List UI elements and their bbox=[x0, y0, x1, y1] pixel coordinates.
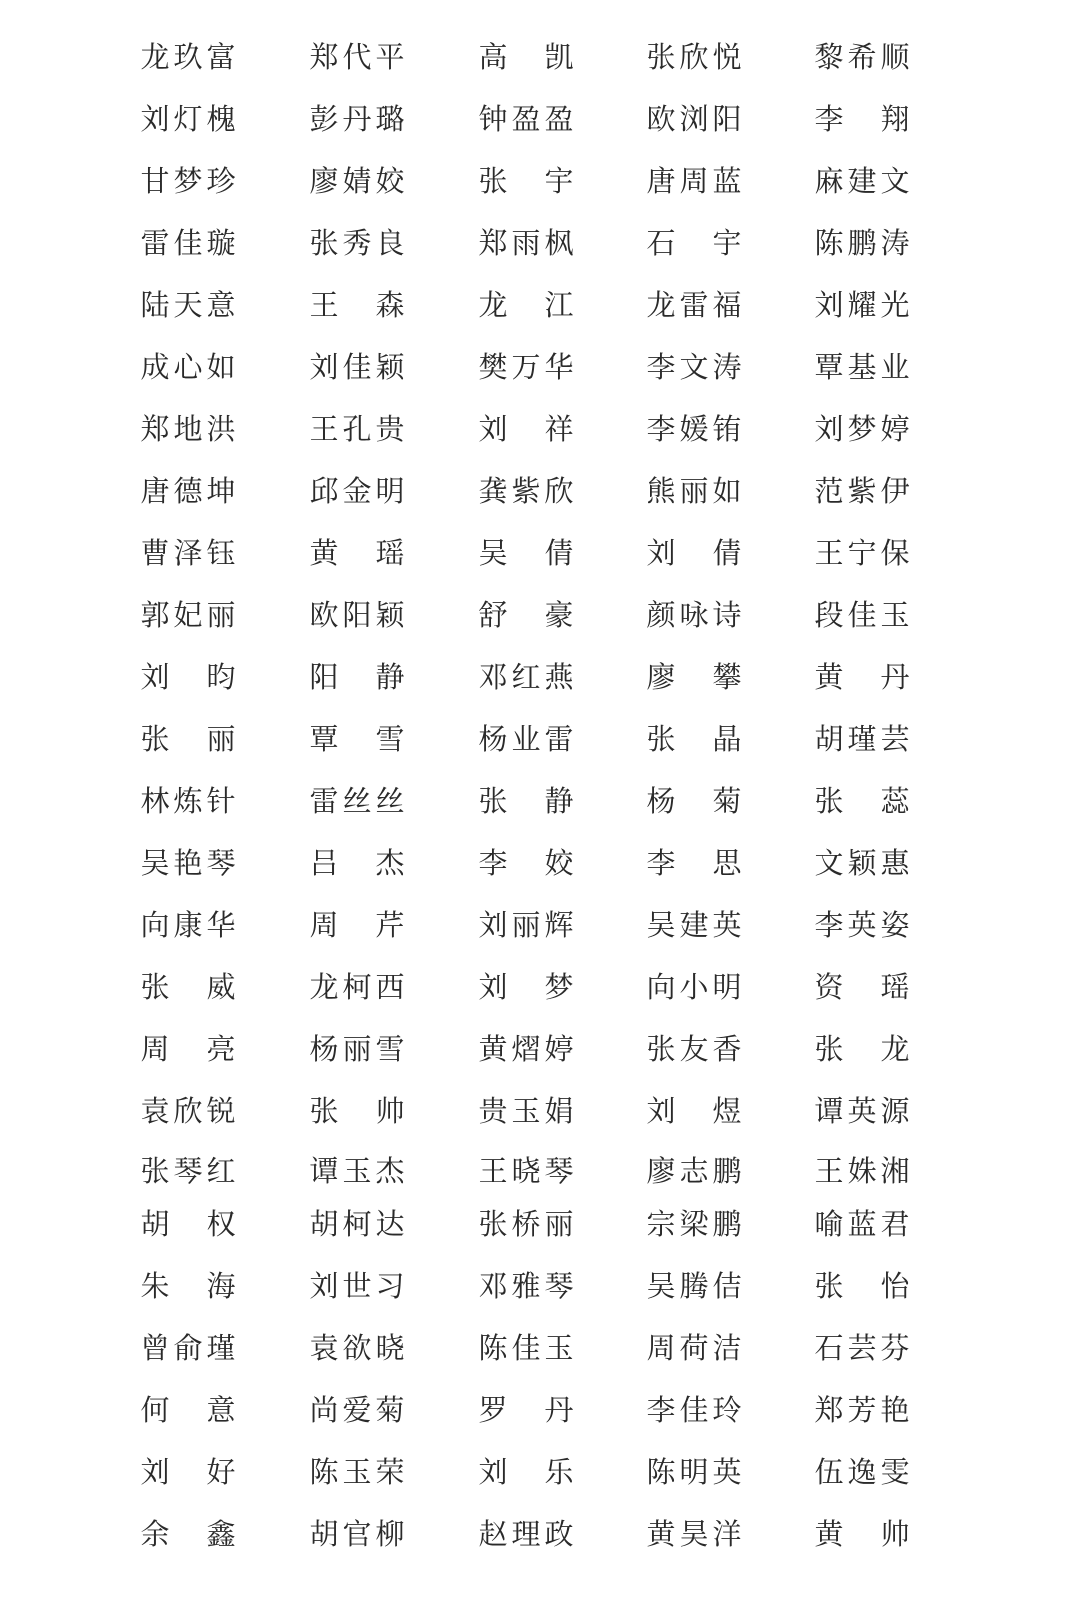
name-character: 铕 bbox=[712, 409, 742, 449]
name-character: 欲 bbox=[342, 1328, 372, 1368]
name-character: 王 bbox=[309, 409, 339, 449]
name-character: 灯 bbox=[173, 99, 203, 139]
name-entry: 陆天意 bbox=[140, 285, 236, 325]
name-entry: 张帅 bbox=[309, 1091, 405, 1131]
name-character: 帅 bbox=[375, 1091, 405, 1131]
name-character: 基 bbox=[847, 347, 877, 387]
name-character: 璇 bbox=[206, 223, 236, 263]
name-character: 明 bbox=[712, 967, 742, 1007]
name-character: 王 bbox=[814, 1151, 844, 1191]
name-character: 鑫 bbox=[206, 1514, 236, 1554]
name-character: 石 bbox=[646, 223, 676, 263]
name-character: 张 bbox=[140, 1151, 170, 1191]
name-entry: 廖婧姣 bbox=[309, 161, 405, 201]
name-character: 廖 bbox=[646, 657, 676, 697]
name-character: 胡 bbox=[814, 719, 844, 759]
name-character: 梦 bbox=[544, 967, 574, 1007]
name-character: 玉 bbox=[544, 1328, 574, 1368]
name-entry: 陈玉荣 bbox=[309, 1452, 405, 1492]
name-character: 张 bbox=[140, 967, 170, 1007]
name-character: 静 bbox=[375, 657, 405, 697]
name-character: 鹏 bbox=[847, 223, 877, 263]
name-entry: 王晓琴 bbox=[478, 1151, 574, 1191]
name-character: 张 bbox=[478, 781, 508, 821]
name-character: 希 bbox=[847, 37, 877, 77]
name-entry: 覃雪 bbox=[309, 719, 405, 759]
name-entry: 杨丽雪 bbox=[309, 1029, 405, 1069]
name-character: 王 bbox=[814, 533, 844, 573]
name-character: 欣 bbox=[679, 37, 709, 77]
name-character: 红 bbox=[511, 657, 541, 697]
name-entry: 李佳玲 bbox=[646, 1390, 742, 1430]
name-character: 梁 bbox=[679, 1204, 709, 1244]
name-character: 杨 bbox=[478, 719, 508, 759]
name-character: 明 bbox=[375, 471, 405, 511]
name-character: 雪 bbox=[375, 1029, 405, 1069]
name-entry: 伍逸雯 bbox=[814, 1452, 910, 1492]
name-entry: 熊丽如 bbox=[646, 471, 742, 511]
name-entry: 王森 bbox=[309, 285, 405, 325]
name-character: 贵 bbox=[478, 1091, 508, 1131]
name-character: 唐 bbox=[140, 471, 170, 511]
name-character: 玖 bbox=[173, 37, 203, 77]
name-character: 晓 bbox=[375, 1328, 405, 1368]
name-character: 洁 bbox=[712, 1328, 742, 1368]
name-character: 李 bbox=[646, 1390, 676, 1430]
name-character: 颖 bbox=[375, 347, 405, 387]
name-character: 朱 bbox=[140, 1266, 170, 1306]
name-character: 凯 bbox=[544, 37, 574, 77]
name-character: 丽 bbox=[679, 471, 709, 511]
name-character: 颖 bbox=[847, 843, 877, 883]
name-character: 辉 bbox=[544, 905, 574, 945]
name-character: 涛 bbox=[712, 347, 742, 387]
name-character: 梦 bbox=[847, 409, 877, 449]
name-character: 琴 bbox=[544, 1151, 574, 1191]
name-character: 樊 bbox=[478, 347, 508, 387]
name-character: 业 bbox=[880, 347, 910, 387]
name-character: 官 bbox=[342, 1514, 372, 1554]
name-character: 英 bbox=[712, 905, 742, 945]
name-character: 玉 bbox=[342, 1151, 372, 1191]
name-character: 锐 bbox=[206, 1091, 236, 1131]
name-character: 邓 bbox=[478, 657, 508, 697]
name-character: 柯 bbox=[342, 1204, 372, 1244]
name-character: 黎 bbox=[814, 37, 844, 77]
name-character: 周 bbox=[679, 161, 709, 201]
name-character: 金 bbox=[342, 471, 372, 511]
name-character: 天 bbox=[173, 285, 203, 325]
name-character: 李 bbox=[478, 843, 508, 883]
name-character: 喻 bbox=[814, 1204, 844, 1244]
name-entry: 成心如 bbox=[140, 347, 236, 387]
name-character: 刘 bbox=[140, 1452, 170, 1492]
name-entry: 张宇 bbox=[478, 161, 574, 201]
name-character: 文 bbox=[880, 161, 910, 201]
name-entry: 陈明英 bbox=[646, 1452, 742, 1492]
name-entry: 郑代平 bbox=[309, 37, 405, 77]
name-character: 袁 bbox=[309, 1328, 339, 1368]
name-character: 邓 bbox=[478, 1266, 508, 1306]
name-character: 麻 bbox=[814, 161, 844, 201]
name-character: 张 bbox=[646, 719, 676, 759]
name-entry: 廖攀 bbox=[646, 657, 742, 697]
name-entry: 黄昊洋 bbox=[646, 1514, 742, 1554]
name-character: 帅 bbox=[880, 1514, 910, 1554]
name-character: 良 bbox=[375, 223, 405, 263]
name-character: 世 bbox=[342, 1266, 372, 1306]
name-entry: 颜咏诗 bbox=[646, 595, 742, 635]
name-character: 玉 bbox=[880, 595, 910, 635]
name-character: 浏 bbox=[679, 99, 709, 139]
name-character: 妃 bbox=[173, 595, 203, 635]
name-entry: 欧阳颖 bbox=[309, 595, 405, 635]
name-character: 石 bbox=[814, 1328, 844, 1368]
name-character: 张 bbox=[478, 161, 508, 201]
name-character: 资 bbox=[814, 967, 844, 1007]
name-entry: 刘耀光 bbox=[814, 285, 910, 325]
name-character: 婷 bbox=[880, 409, 910, 449]
name-character: 伍 bbox=[814, 1452, 844, 1492]
name-entry: 向小明 bbox=[646, 967, 742, 1007]
name-character: 周 bbox=[309, 905, 339, 945]
name-character: 政 bbox=[544, 1514, 574, 1554]
name-character: 刘 bbox=[478, 905, 508, 945]
name-character: 洪 bbox=[206, 409, 236, 449]
name-character: 龚 bbox=[478, 471, 508, 511]
name-entry: 郑雨枫 bbox=[478, 223, 574, 263]
name-character: 刘 bbox=[814, 285, 844, 325]
name-entry: 廖志鹏 bbox=[646, 1151, 742, 1191]
name-character: 菊 bbox=[375, 1390, 405, 1430]
name-character: 段 bbox=[814, 595, 844, 635]
name-character: 伊 bbox=[880, 471, 910, 511]
name-entry: 龙柯西 bbox=[309, 967, 405, 1007]
name-character: 吴 bbox=[646, 1266, 676, 1306]
name-character: 雪 bbox=[375, 719, 405, 759]
name-character: 姣 bbox=[544, 843, 574, 883]
name-character: 向 bbox=[140, 905, 170, 945]
name-entry: 周亮 bbox=[140, 1029, 236, 1069]
name-entry: 吴艳琴 bbox=[140, 843, 236, 883]
name-character: 吴 bbox=[478, 533, 508, 573]
name-character: 丹 bbox=[544, 1390, 574, 1430]
name-character: 宇 bbox=[712, 223, 742, 263]
name-entry: 黄帅 bbox=[814, 1514, 910, 1554]
name-character: 向 bbox=[646, 967, 676, 1007]
name-character: 佳 bbox=[511, 1328, 541, 1368]
name-character: 甘 bbox=[140, 161, 170, 201]
name-character: 富 bbox=[206, 37, 236, 77]
name-character: 李 bbox=[646, 347, 676, 387]
name-entry: 刘佳颖 bbox=[309, 347, 405, 387]
name-character: 刘 bbox=[478, 1452, 508, 1492]
name-character: 威 bbox=[206, 967, 236, 1007]
name-entry: 张静 bbox=[478, 781, 574, 821]
name-entry: 刘世习 bbox=[309, 1266, 405, 1306]
name-character: 雷 bbox=[679, 285, 709, 325]
name-character: 针 bbox=[206, 781, 236, 821]
name-entry: 龚紫欣 bbox=[478, 471, 574, 511]
name-entry: 资瑶 bbox=[814, 967, 910, 1007]
name-character: 袁 bbox=[140, 1091, 170, 1131]
name-character: 海 bbox=[206, 1266, 236, 1306]
name-character: 顺 bbox=[880, 37, 910, 77]
name-entry: 杨菊 bbox=[646, 781, 742, 821]
name-character: 建 bbox=[679, 905, 709, 945]
name-character: 张 bbox=[646, 1029, 676, 1069]
name-entry: 黎希顺 bbox=[814, 37, 910, 77]
name-character: 颜 bbox=[646, 595, 676, 635]
name-character: 佳 bbox=[173, 223, 203, 263]
name-character: 欣 bbox=[544, 471, 574, 511]
name-entry: 雷佳璇 bbox=[140, 223, 236, 263]
name-character: 倩 bbox=[544, 533, 574, 573]
name-character: 张 bbox=[309, 223, 339, 263]
name-character: 福 bbox=[712, 285, 742, 325]
name-character: 文 bbox=[679, 347, 709, 387]
name-entry: 张桥丽 bbox=[478, 1204, 574, 1244]
name-entry: 余鑫 bbox=[140, 1514, 236, 1554]
name-character: 菊 bbox=[712, 781, 742, 821]
name-entry: 赵理政 bbox=[478, 1514, 574, 1554]
name-entry: 刘梦 bbox=[478, 967, 574, 1007]
name-entry: 龙玖富 bbox=[140, 37, 236, 77]
name-entry: 林炼针 bbox=[140, 781, 236, 821]
name-entry: 袁欲晓 bbox=[309, 1328, 405, 1368]
name-character: 郑 bbox=[309, 37, 339, 77]
name-entry: 黄瑶 bbox=[309, 533, 405, 573]
name-character: 翔 bbox=[880, 99, 910, 139]
name-entry: 张晶 bbox=[646, 719, 742, 759]
name-character: 源 bbox=[880, 1091, 910, 1131]
name-entry: 陈佳玉 bbox=[478, 1328, 574, 1368]
name-character: 吕 bbox=[309, 843, 339, 883]
name-character: 芸 bbox=[880, 719, 910, 759]
name-character: 瑶 bbox=[880, 967, 910, 1007]
name-entry: 王孔贵 bbox=[309, 409, 405, 449]
name-character: 陈 bbox=[646, 1452, 676, 1492]
name-character: 芳 bbox=[847, 1390, 877, 1430]
name-character: 阳 bbox=[309, 657, 339, 697]
name-entry: 钟盈盈 bbox=[478, 99, 574, 139]
name-character: 婷 bbox=[544, 1029, 574, 1069]
name-character: 曾 bbox=[140, 1328, 170, 1368]
name-character: 丹 bbox=[342, 99, 372, 139]
name-entry: 张龙 bbox=[814, 1029, 910, 1069]
name-character: 姝 bbox=[847, 1151, 877, 1191]
name-character: 宗 bbox=[646, 1204, 676, 1244]
name-character: 陈 bbox=[814, 223, 844, 263]
name-character: 丽 bbox=[511, 905, 541, 945]
name-character: 瑾 bbox=[847, 719, 877, 759]
name-character: 如 bbox=[206, 347, 236, 387]
name-entry: 喻蓝君 bbox=[814, 1204, 910, 1244]
name-character: 意 bbox=[206, 285, 236, 325]
name-entry: 刘好 bbox=[140, 1452, 236, 1492]
name-character: 娟 bbox=[544, 1091, 574, 1131]
name-entry: 彭丹璐 bbox=[309, 99, 405, 139]
name-character: 德 bbox=[173, 471, 203, 511]
name-character: 业 bbox=[511, 719, 541, 759]
name-character: 欣 bbox=[173, 1091, 203, 1131]
name-character: 英 bbox=[847, 1091, 877, 1131]
name-character: 彭 bbox=[309, 99, 339, 139]
name-character: 刘 bbox=[478, 967, 508, 1007]
name-list-grid: 龙玖富郑代平高凯张欣悦黎希顺刘灯槐彭丹璐钟盈盈欧浏阳李翔甘梦珍廖婧姣张宇唐周蓝麻… bbox=[0, 0, 1080, 1600]
name-character: 华 bbox=[544, 347, 574, 387]
name-character: 成 bbox=[140, 347, 170, 387]
name-character: 黄 bbox=[478, 1029, 508, 1069]
name-entry: 龙江 bbox=[478, 285, 574, 325]
name-entry: 罗丹 bbox=[478, 1390, 574, 1430]
name-character: 璐 bbox=[375, 99, 405, 139]
name-entry: 李思 bbox=[646, 843, 742, 883]
name-character: 刘 bbox=[140, 657, 170, 697]
name-character: 乐 bbox=[544, 1452, 574, 1492]
name-character: 曹 bbox=[140, 533, 170, 573]
name-entry: 曾俞瑾 bbox=[140, 1328, 236, 1368]
name-character: 孔 bbox=[342, 409, 372, 449]
name-entry: 郑地洪 bbox=[140, 409, 236, 449]
name-character: 李 bbox=[646, 843, 676, 883]
name-character: 秀 bbox=[342, 223, 372, 263]
name-character: 丹 bbox=[880, 657, 910, 697]
name-character: 腾 bbox=[679, 1266, 709, 1306]
name-entry: 石宇 bbox=[646, 223, 742, 263]
name-character: 陆 bbox=[140, 285, 170, 325]
name-entry: 刘丽辉 bbox=[478, 905, 574, 945]
name-entry: 覃基业 bbox=[814, 347, 910, 387]
name-character: 唐 bbox=[646, 161, 676, 201]
name-character: 豪 bbox=[544, 595, 574, 635]
name-character: 高 bbox=[478, 37, 508, 77]
name-character: 阳 bbox=[712, 99, 742, 139]
name-character: 君 bbox=[880, 1204, 910, 1244]
name-character: 桥 bbox=[511, 1204, 541, 1244]
name-entry: 邓红燕 bbox=[478, 657, 574, 697]
name-character: 廖 bbox=[309, 161, 339, 201]
name-entry: 张丽 bbox=[140, 719, 236, 759]
name-entry: 李文涛 bbox=[646, 347, 742, 387]
name-character: 姣 bbox=[375, 161, 405, 201]
name-character: 心 bbox=[173, 347, 203, 387]
name-entry: 段佳玉 bbox=[814, 595, 910, 635]
name-entry: 胡官柳 bbox=[309, 1514, 405, 1554]
name-entry: 朱海 bbox=[140, 1266, 236, 1306]
name-character: 王 bbox=[309, 285, 339, 325]
name-entry: 麻建文 bbox=[814, 161, 910, 201]
name-character: 谭 bbox=[309, 1151, 339, 1191]
name-character: 丽 bbox=[206, 595, 236, 635]
name-character: 舒 bbox=[478, 595, 508, 635]
name-character: 丽 bbox=[544, 1204, 574, 1244]
name-character: 范 bbox=[814, 471, 844, 511]
name-character: 友 bbox=[679, 1029, 709, 1069]
name-character: 柳 bbox=[375, 1514, 405, 1554]
name-entry: 舒豪 bbox=[478, 595, 574, 635]
name-character: 胡 bbox=[309, 1514, 339, 1554]
name-character: 郑 bbox=[140, 409, 170, 449]
name-entry: 唐德坤 bbox=[140, 471, 236, 511]
name-character: 郑 bbox=[814, 1390, 844, 1430]
name-entry: 刘祥 bbox=[478, 409, 574, 449]
name-character: 小 bbox=[679, 967, 709, 1007]
name-character: 琴 bbox=[173, 1151, 203, 1191]
name-entry: 刘灯槐 bbox=[140, 99, 236, 139]
name-character: 婧 bbox=[342, 161, 372, 201]
name-character: 耀 bbox=[847, 285, 877, 325]
name-character: 湘 bbox=[880, 1151, 910, 1191]
name-character: 林 bbox=[140, 781, 170, 821]
name-character: 如 bbox=[712, 471, 742, 511]
name-entry: 张友香 bbox=[646, 1029, 742, 1069]
name-entry: 黄丹 bbox=[814, 657, 910, 697]
name-character: 蕊 bbox=[880, 781, 910, 821]
name-character: 龙 bbox=[880, 1029, 910, 1069]
name-character: 罗 bbox=[478, 1390, 508, 1430]
name-entry: 谭英源 bbox=[814, 1091, 910, 1131]
name-character: 西 bbox=[375, 967, 405, 1007]
name-character: 鹏 bbox=[712, 1151, 742, 1191]
name-character: 英 bbox=[847, 905, 877, 945]
name-character: 欧 bbox=[646, 99, 676, 139]
name-character: 艳 bbox=[880, 1390, 910, 1430]
name-character: 佶 bbox=[712, 1266, 742, 1306]
name-character: 雷 bbox=[140, 223, 170, 263]
name-character: 森 bbox=[375, 285, 405, 325]
name-character: 地 bbox=[173, 409, 203, 449]
name-character: 丝 bbox=[342, 781, 372, 821]
name-character: 洋 bbox=[712, 1514, 742, 1554]
name-character: 杰 bbox=[375, 843, 405, 883]
name-character: 龙 bbox=[140, 37, 170, 77]
name-character: 江 bbox=[544, 285, 574, 325]
name-character: 胡 bbox=[309, 1204, 339, 1244]
name-character: 光 bbox=[880, 285, 910, 325]
name-entry: 吴倩 bbox=[478, 533, 574, 573]
name-character: 黄 bbox=[814, 1514, 844, 1554]
name-character: 珍 bbox=[206, 161, 236, 201]
name-character: 雷 bbox=[544, 719, 574, 759]
name-character: 盈 bbox=[544, 99, 574, 139]
name-character: 姿 bbox=[880, 905, 910, 945]
name-entry: 尚爱菊 bbox=[309, 1390, 405, 1430]
name-character: 咏 bbox=[679, 595, 709, 635]
name-entry: 张怡 bbox=[814, 1266, 910, 1306]
name-character: 诗 bbox=[712, 595, 742, 635]
name-entry: 欧浏阳 bbox=[646, 99, 742, 139]
name-character: 佳 bbox=[679, 1390, 709, 1430]
name-character: 刘 bbox=[309, 1266, 339, 1306]
name-character: 颖 bbox=[375, 595, 405, 635]
name-character: 倩 bbox=[712, 533, 742, 573]
name-character: 荷 bbox=[679, 1328, 709, 1368]
name-character: 昀 bbox=[206, 657, 236, 697]
name-character: 丽 bbox=[342, 1029, 372, 1069]
name-character: 谭 bbox=[814, 1091, 844, 1131]
name-character: 李 bbox=[814, 905, 844, 945]
name-character: 惠 bbox=[880, 843, 910, 883]
name-character: 玉 bbox=[511, 1091, 541, 1131]
name-character: 黄 bbox=[646, 1514, 676, 1554]
name-character: 雨 bbox=[511, 223, 541, 263]
name-entry: 张欣悦 bbox=[646, 37, 742, 77]
name-character: 李 bbox=[814, 99, 844, 139]
name-character: 廖 bbox=[646, 1151, 676, 1191]
name-character: 李 bbox=[646, 409, 676, 449]
name-character: 紫 bbox=[511, 471, 541, 511]
